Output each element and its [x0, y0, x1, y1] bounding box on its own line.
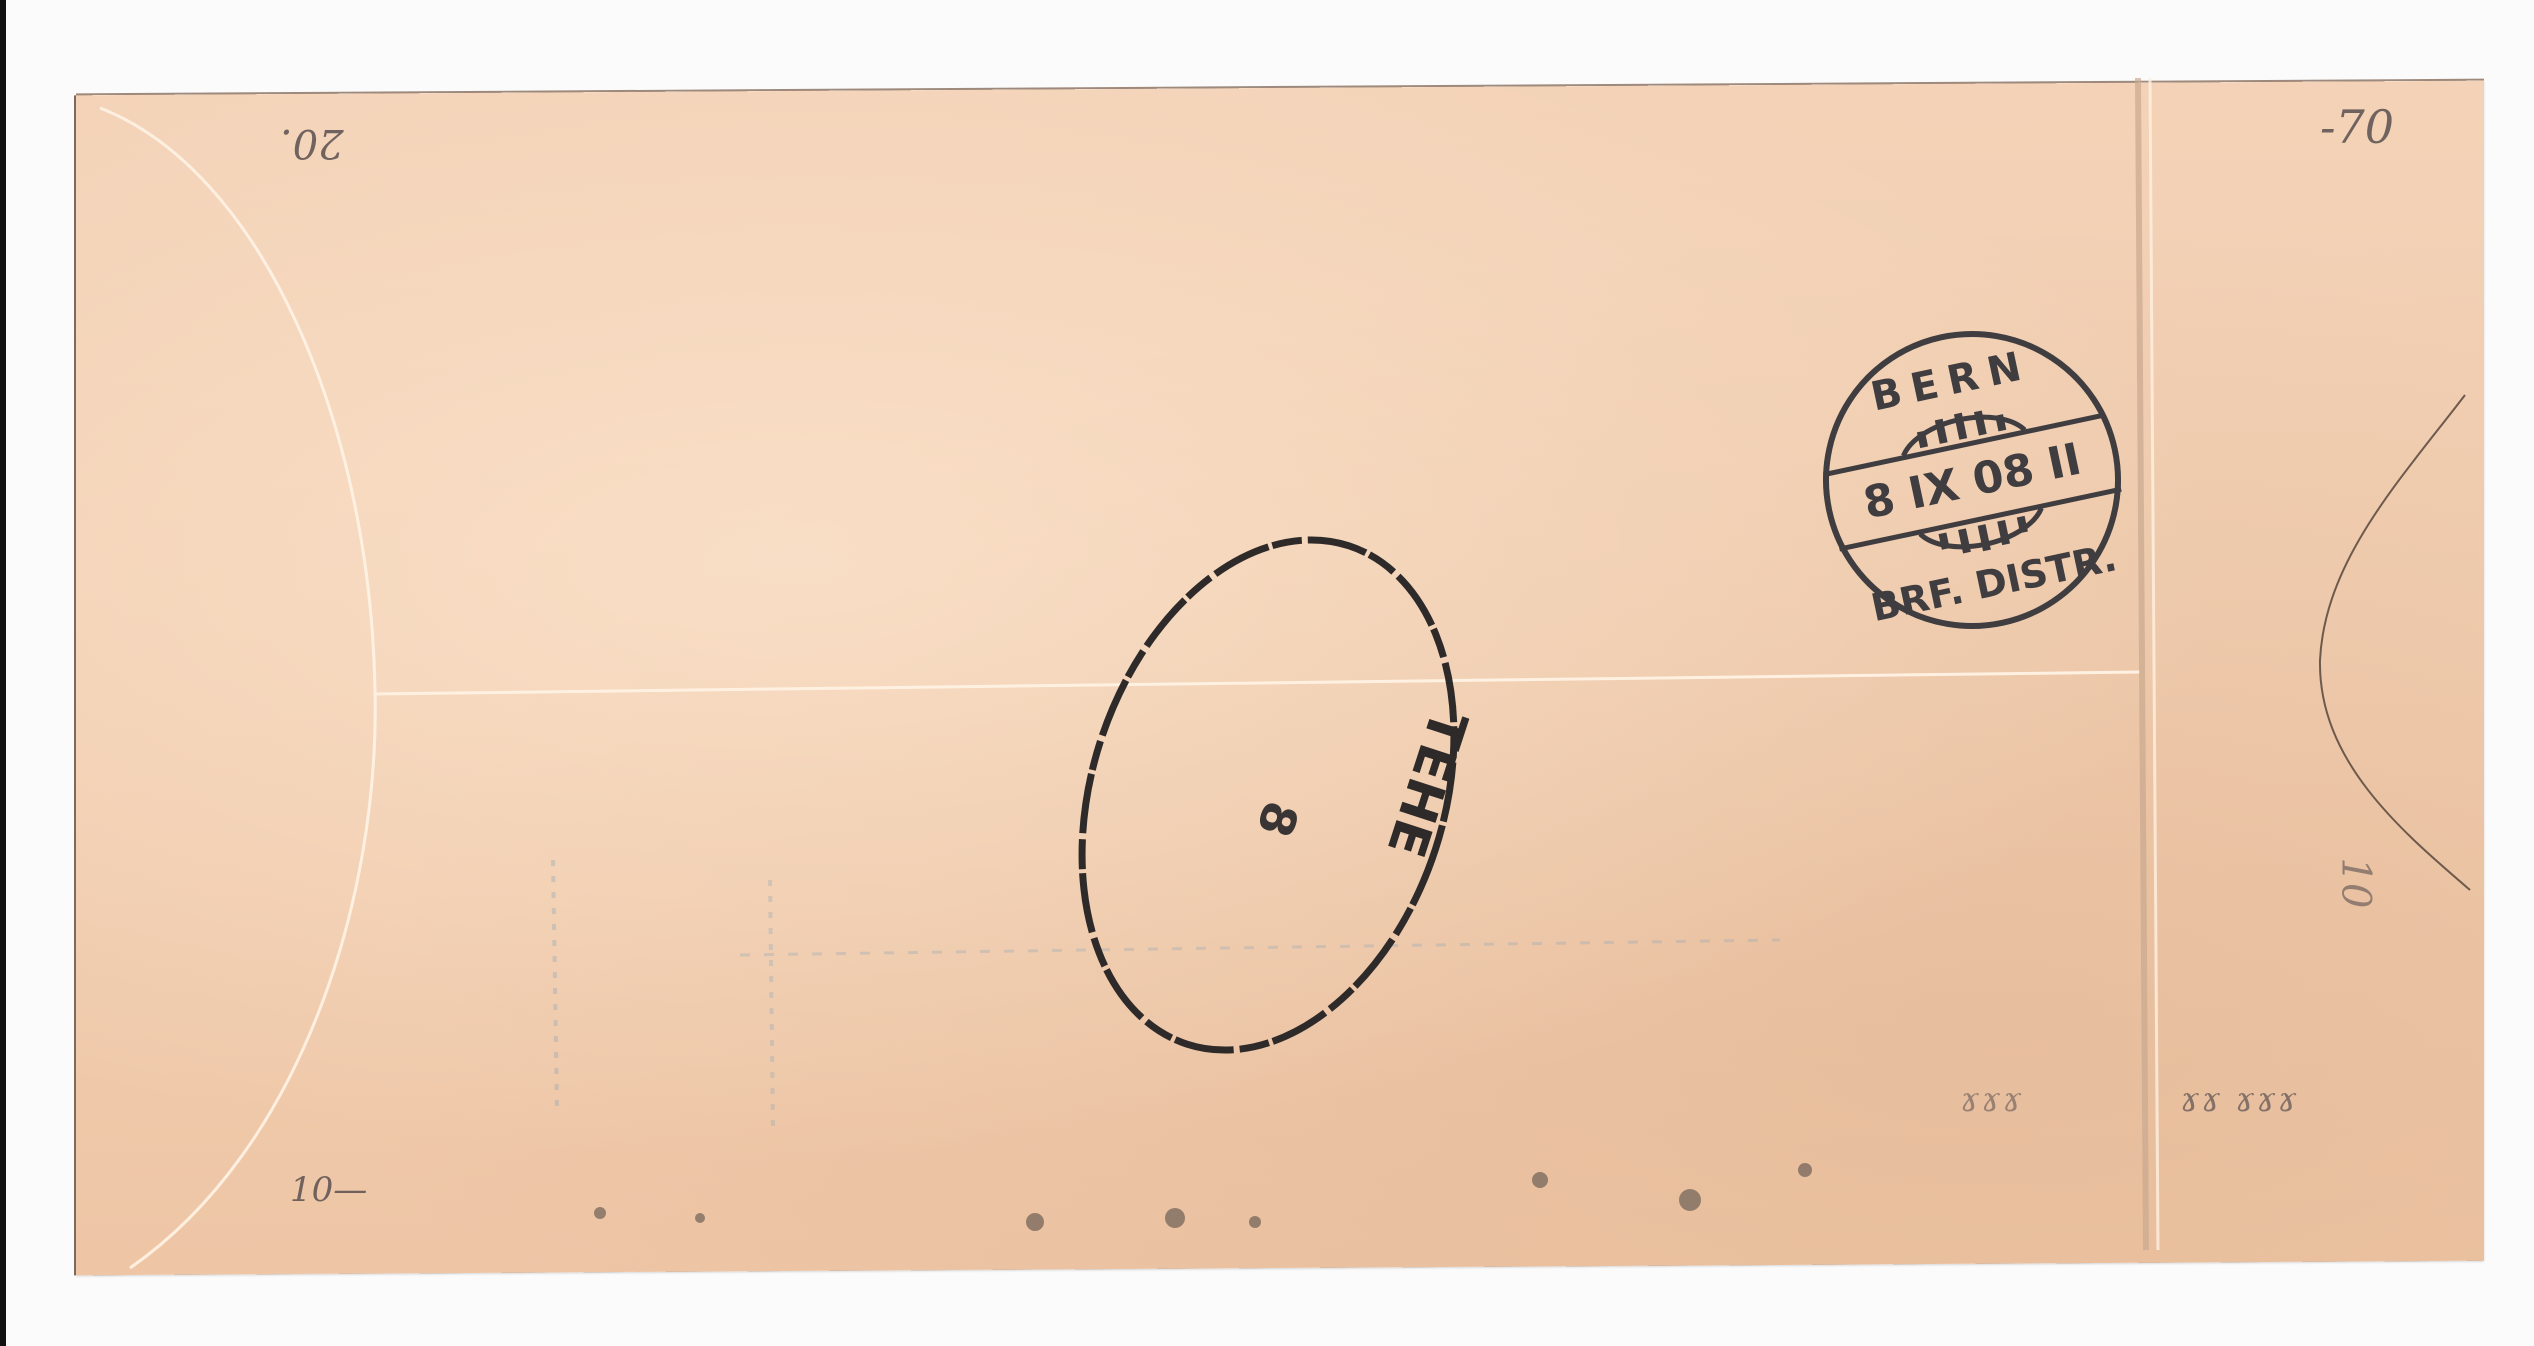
- teheran-date: 8: [1245, 794, 1309, 843]
- left-flap-edge: [100, 108, 375, 1268]
- ink-smudges: [594, 1163, 1812, 1231]
- right-flap-edge: [2320, 395, 2470, 890]
- note-top-left: 20.: [280, 120, 344, 166]
- bern-top-text: BERN: [1867, 342, 2035, 421]
- note-right-edge: 10: [2332, 858, 2378, 909]
- note-bottom-right-2: ɤɤ ɤɤɤ: [2180, 1080, 2299, 1120]
- envelope-details: BERN 8 IX 08 II BRF. DISTR. TEHE 8: [0, 0, 2534, 1346]
- note-top-right: -70: [2320, 100, 2394, 154]
- bern-bottom-text: BRF. DISTR.: [1867, 535, 2120, 630]
- note-bottom-right-1: ɤɤɤ: [1960, 1080, 2024, 1120]
- right-fold: [2138, 78, 2146, 1250]
- bern-date: 8 IX 08 II: [1859, 434, 2086, 530]
- bottom-flap-edge: [375, 672, 2140, 694]
- teheran-text: TEHE: [1375, 703, 1478, 864]
- note-bottom-left: 10—: [290, 1170, 367, 1210]
- bern-postmark: BERN 8 IX 08 II BRF. DISTR.: [1799, 307, 2145, 653]
- teheran-postmark: TEHE 8: [1020, 491, 1518, 1098]
